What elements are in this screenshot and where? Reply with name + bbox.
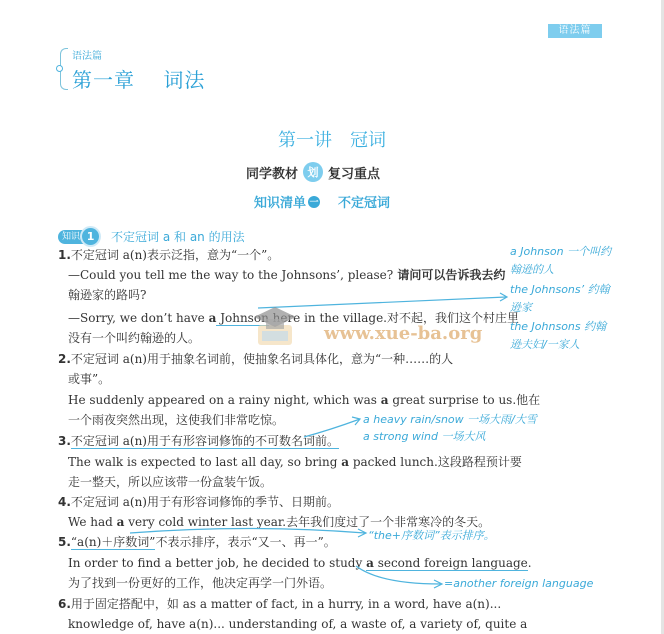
highlight-circle-icon: 划 — [303, 162, 323, 182]
handnote-a-johnson-cont: 翰逊的人 — [510, 261, 554, 279]
knowledge-list-number: 一 — [308, 196, 320, 208]
rule-3: 3.不定冠词 a(n)用于有形容词修饰的不可数名词前。 — [58, 433, 339, 449]
rule-2-cont: 或事”。 — [68, 371, 110, 387]
rule-2: 2.不定冠词 a(n)用于抽象名词前，使抽象名词具体化，意为“一种……的人 — [58, 351, 453, 367]
section-tag: 语法篇 — [548, 24, 602, 38]
handnote-the-johnsons-possessive-cont: 逊家 — [510, 299, 532, 317]
example-2-cont: 一个雨夜突然出现，这使我们非常吃惊。 — [68, 412, 284, 428]
chapter-title: 第一章 词法 — [72, 64, 205, 93]
example-3-cont: 走一整天，所以应该带一份盒装午饭。 — [68, 474, 272, 490]
chapter-dot-icon — [56, 65, 63, 72]
handnote-the-ordinal: “the+序数词”表示排序。 — [368, 527, 495, 545]
rule-6-cont: knowledge of, have a(n)... understanding… — [68, 616, 527, 632]
knowledge-point-title: 不定冠词 a 和 an 的用法 — [111, 228, 245, 245]
chapter-subtitle: 语法篇 — [72, 47, 102, 62]
knowledge-list-heading: 知识清单 一 不定冠词 — [254, 192, 390, 211]
handnote-another-foreign-language: =another foreign language — [444, 575, 593, 593]
handnote-the-johnsons-possessive: the Johnsons’ 约翰 — [510, 281, 610, 299]
watermark-text: www.xue-ba.org — [324, 323, 482, 344]
rule-6: 6.用于固定搭配中，如 as a matter of fact, in a hu… — [58, 596, 501, 612]
review-heading: 同学教材 划 复习重点 — [246, 162, 380, 182]
handnote-a-johnson: a Johnson 一个叫约 — [510, 243, 611, 261]
example-5-cont: 为了找到一份更好的工作，他决定再学一门外语。 — [68, 575, 332, 591]
example-1a: —Could you tell me the way to the Johnso… — [68, 267, 505, 283]
handnote-strong-wind: a strong wind 一场大风 — [363, 428, 486, 446]
example-1a-cont: 翰逊家的路吗? — [68, 287, 146, 303]
knowledge-list-label: 知识清单 — [254, 192, 306, 211]
rule-4: 4.不定冠词 a(n)用于有形容词修饰的季节、日期前。 — [58, 494, 339, 510]
example-5: In order to find a better job, he decide… — [68, 555, 532, 571]
lecture-title: 第一讲 冠词 — [0, 126, 664, 152]
knowledge-point-heading: 知识 1 不定冠词 a 和 an 的用法 — [58, 228, 245, 245]
example-3: The walk is expected to last all day, so… — [68, 454, 522, 470]
knowledge-list-topic: 不定冠词 — [338, 192, 390, 211]
handnote-the-johnsons: the Johnsons 约翰 — [510, 318, 606, 336]
rule-5: 5.“a(n)＋序数词”不表示排序，表示“又一、再一”。 — [58, 534, 336, 550]
graduation-cap-watermark-icon — [252, 305, 298, 349]
rule-1: 1.不定冠词 a(n)表示泛指，意为“一个”。 — [58, 247, 279, 263]
knowledge-number-badge: 1 — [82, 228, 99, 245]
example-2: He suddenly appeared on a rainy night, w… — [68, 392, 540, 408]
knowledge-badge: 知识 — [58, 230, 84, 244]
handnote-the-johnsons-cont: 逊夫妇/一家人 — [510, 336, 580, 354]
example-1b-cont: 没有一个叫约翰逊的人。 — [68, 330, 200, 346]
review-left-label: 同学教材 — [246, 163, 298, 182]
handnote-heavy-rain: a heavy rain/snow 一场大雨/大雪 — [363, 411, 537, 429]
review-right-label: 复习重点 — [328, 163, 380, 182]
